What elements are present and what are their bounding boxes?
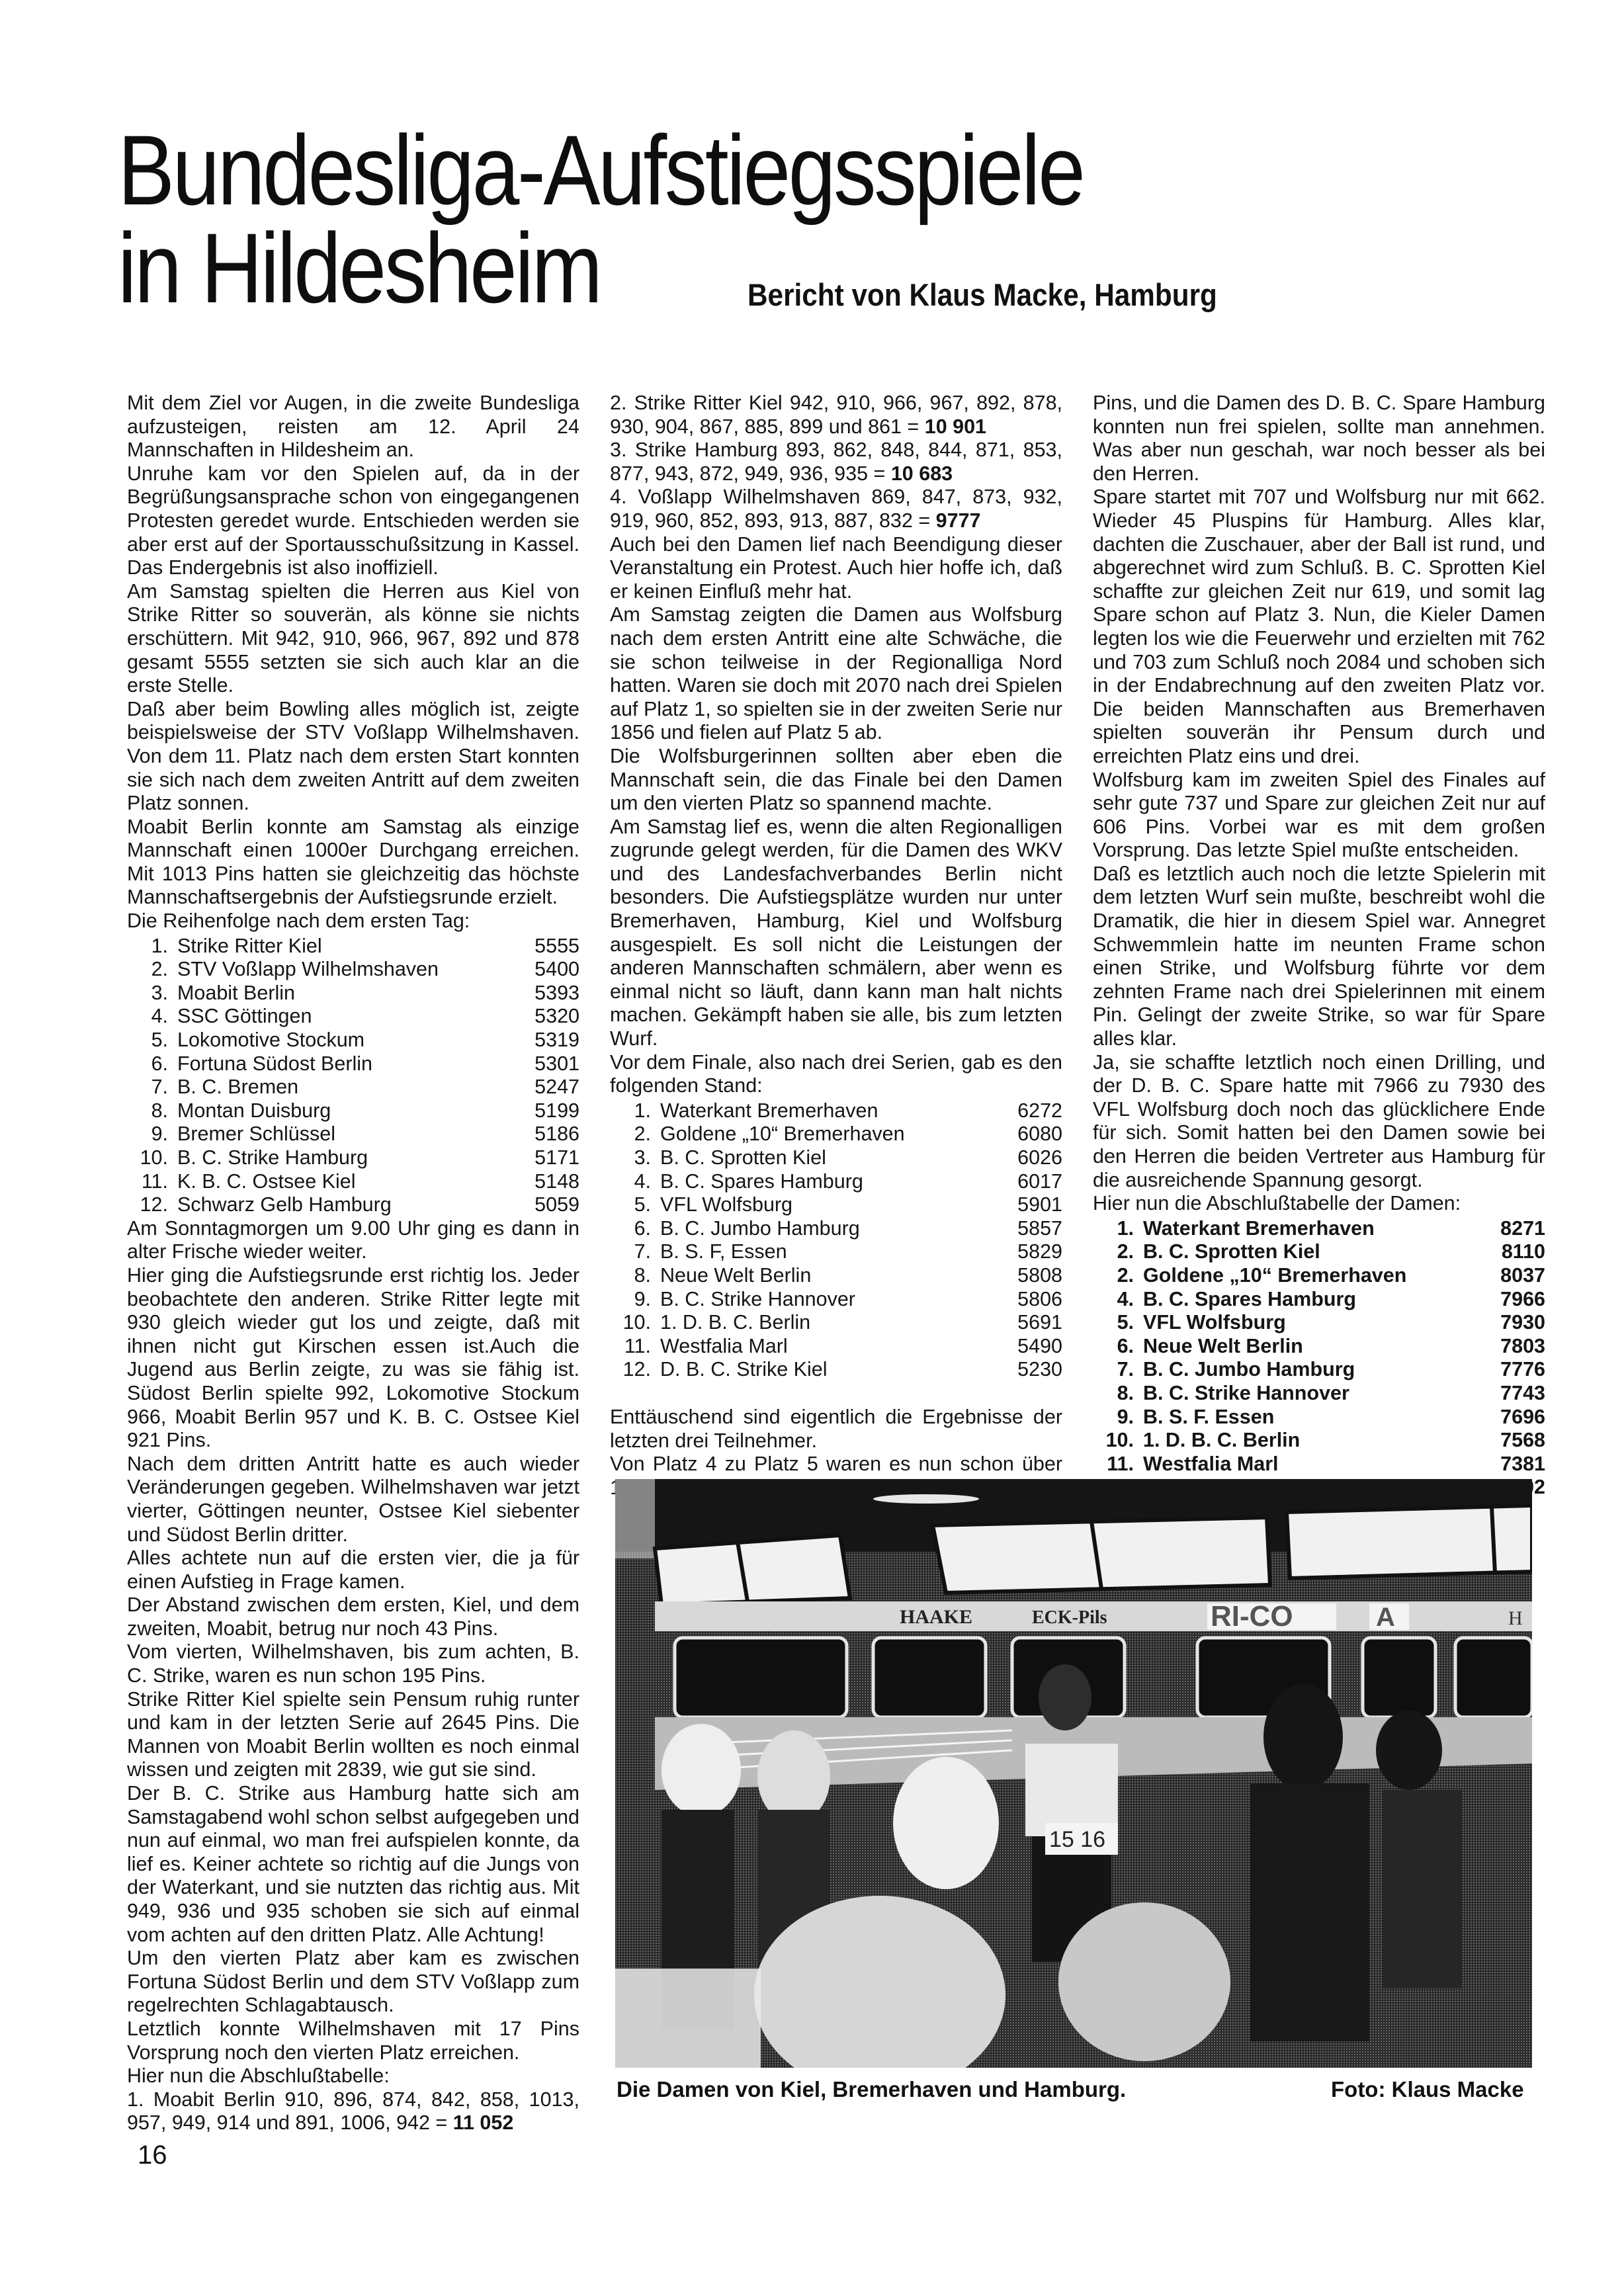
paragraph: Unruhe kam vor den Spielen auf, da in de…	[127, 462, 579, 580]
table-row: 8.B. C. Strike Hannover7743	[1093, 1382, 1545, 1406]
paragraph: Spare startet mit 707 und Wolfsburg nur …	[1093, 486, 1545, 768]
team-cell: Lokomotive Stockum	[177, 1029, 521, 1052]
rank-cell: 5.	[127, 1029, 177, 1052]
pins-cell: 5857	[1000, 1217, 1062, 1241]
paragraph: Alles achtete nun auf die ersten vier, d…	[127, 1547, 579, 1593]
team-cell: Montan Duisburg	[177, 1099, 521, 1123]
rank-cell: 3.	[610, 1146, 660, 1170]
team-cell: K. B. C. Ostsee Kiel	[177, 1170, 521, 1194]
rank-cell: 2.	[610, 1123, 660, 1146]
rank-cell: 7.	[1093, 1358, 1143, 1382]
pins-cell: 5320	[521, 1005, 579, 1029]
rank-cell: 3.	[127, 982, 177, 1005]
table-row: 1.Waterkant Bremerhaven8271	[1093, 1217, 1545, 1241]
result-total: 11 052	[453, 2111, 514, 2134]
team-cell: STV Voßlapp Wilhelmshaven	[177, 958, 521, 982]
result-total: 9777	[936, 509, 981, 532]
rank-cell: 2.	[1093, 1264, 1143, 1288]
paragraph: Daß aber beim Bowling alles möglich ist,…	[127, 698, 579, 816]
paragraph: Am Samstag lief es, wenn die alten Regio…	[610, 816, 1062, 1051]
pins-cell: 7930	[1487, 1311, 1546, 1335]
table-row: 2.Goldene „10“ Bremerhaven8037	[1093, 1264, 1545, 1288]
pins-cell: 5393	[521, 982, 579, 1005]
rank-cell: 9.	[1093, 1406, 1143, 1429]
svg-text:HAAKE: HAAKE	[900, 1606, 972, 1628]
rank-cell: 10.	[1093, 1429, 1143, 1453]
table-row: 5.Lokomotive Stockum5319	[127, 1029, 579, 1052]
table-row: 10.1. D. B. C. Berlin7568	[1093, 1429, 1545, 1453]
pins-cell: 7568	[1487, 1429, 1546, 1453]
paragraph: Am Samstag zeigten die Damen aus Wolfsbu…	[610, 603, 1062, 745]
pins-cell: 5806	[1000, 1288, 1062, 1312]
rank-cell: 1.	[610, 1099, 660, 1123]
paragraph: Hier nun die Abschlußtabelle der Damen:	[1093, 1192, 1545, 1216]
paragraph: Am Sonntagmorgen um 9.00 Uhr ging es dan…	[127, 1217, 579, 1264]
pins-cell: 5490	[1000, 1335, 1062, 1359]
table-row: 1.Strike Ritter Kiel5555	[127, 935, 579, 958]
table-row: 12.Schwarz Gelb Hamburg5059	[127, 1193, 579, 1217]
pins-cell: 5829	[1000, 1240, 1062, 1264]
table-row: 1.Waterkant Bremerhaven6272	[610, 1099, 1062, 1123]
rank-cell: 10.	[127, 1146, 177, 1170]
svg-text:A: A	[1376, 1603, 1395, 1632]
pins-cell: 5199	[521, 1099, 579, 1123]
rank-cell: 4.	[1093, 1288, 1143, 1312]
pins-cell: 7803	[1487, 1335, 1546, 1359]
table-row: 11.Westfalia Marl7381	[1093, 1453, 1545, 1476]
team-cell: Waterkant Bremerhaven	[660, 1099, 1000, 1123]
table-row: 7.B. C. Bremen5247	[127, 1076, 579, 1099]
team-cell: Waterkant Bremerhaven	[1143, 1217, 1487, 1241]
team-cell: Westfalia Marl	[660, 1335, 1000, 1359]
left-column: Mit dem Ziel vor Augen, in die zweite Bu…	[127, 392, 579, 2135]
pins-cell: 5319	[521, 1029, 579, 1052]
pins-cell: 5171	[521, 1146, 579, 1170]
table-row: 7.B. S. F, Essen5829	[610, 1240, 1062, 1264]
team-cell: Schwarz Gelb Hamburg	[177, 1193, 521, 1217]
team-cell: B. C. Strike Hamburg	[177, 1146, 521, 1170]
result-total: 10 683	[891, 462, 953, 485]
rank-cell: 10.	[610, 1311, 660, 1335]
pins-cell: 5400	[521, 958, 579, 982]
table-row: 6.Neue Welt Berlin7803	[1093, 1335, 1545, 1359]
paragraph: Auch bei den Damen lief nach Beendigung …	[610, 533, 1062, 604]
team-cell: VFL Wolfsburg	[660, 1193, 1000, 1217]
pins-cell: 8037	[1487, 1264, 1546, 1288]
team-cell: B. C. Sprotten Kiel	[660, 1146, 1000, 1170]
rank-cell: 1.	[1093, 1217, 1143, 1241]
pins-cell: 7381	[1487, 1453, 1546, 1476]
paragraph: Pins, und die Damen des D. B. C. Spare H…	[1093, 392, 1545, 486]
team-cell: B. C. Spares Hamburg	[660, 1170, 1000, 1194]
final-result-men-3: 3. Strike Hamburg 893, 862, 848, 844, 87…	[610, 439, 1062, 486]
table-row: 8.Neue Welt Berlin5808	[610, 1264, 1062, 1288]
paragraph: Enttäuschend sind eigentlich die Ergebni…	[610, 1406, 1062, 1453]
result-text: 4. Voßlapp Wilhelmshaven 869, 847, 873, …	[610, 486, 1062, 532]
table-row: 4.B. C. Spares Hamburg6017	[610, 1170, 1062, 1194]
rank-cell: 5.	[610, 1193, 660, 1217]
paragraph: Nach dem dritten Antritt hatte es auch w…	[127, 1453, 579, 1547]
rank-cell: 8.	[127, 1099, 177, 1123]
rank-cell: 5.	[1093, 1311, 1143, 1335]
photo-caption: Die Damen von Kiel, Bremerhaven und Hamb…	[617, 2077, 1126, 2102]
rank-cell: 11.	[127, 1170, 177, 1194]
table-row: 2.STV Voßlapp Wilhelmshaven5400	[127, 958, 579, 982]
team-cell: D. B. C. Strike Kiel	[660, 1358, 1000, 1382]
result-text: 2. Strike Ritter Kiel 942, 910, 966, 967…	[610, 392, 1062, 438]
headline-line-2: in Hildesheim	[118, 218, 601, 318]
rank-cell: 7.	[127, 1076, 177, 1099]
table-row: 5.VFL Wolfsburg5901	[610, 1193, 1062, 1217]
team-cell: 1. D. B. C. Berlin	[1143, 1429, 1487, 1453]
pins-cell: 6080	[1000, 1123, 1062, 1146]
table-row: 12.D. B. C. Strike Kiel5230	[610, 1358, 1062, 1382]
team-cell: B. S. F. Essen	[1143, 1406, 1487, 1429]
paragraph: Strike Ritter Kiel spielte sein Pensum r…	[127, 1688, 579, 1782]
team-cell: Bremer Schlüssel	[177, 1123, 521, 1146]
pins-cell: 5301	[521, 1052, 579, 1076]
table-row: 6.Fortuna Südost Berlin5301	[127, 1052, 579, 1076]
rank-cell: 1.	[127, 935, 177, 958]
team-cell: Neue Welt Berlin	[1143, 1335, 1487, 1359]
team-cell: SSC Göttingen	[177, 1005, 521, 1029]
table-row: 9.B. S. F. Essen7696	[1093, 1406, 1545, 1429]
paragraph: Letztlich konnte Wilhelmshaven mit 17 Pi…	[127, 2017, 579, 2064]
pins-cell: 7743	[1487, 1382, 1546, 1406]
table-row: 8.Montan Duisburg5199	[127, 1099, 579, 1123]
paragraph: Wolfsburg kam im zweiten Spiel des Final…	[1093, 769, 1545, 863]
table-body: 1.Waterkant Bremerhaven82712.B. C. Sprot…	[1093, 1217, 1545, 1500]
rank-cell: 4.	[127, 1005, 177, 1029]
rank-cell: 11.	[1093, 1453, 1143, 1476]
rank-cell: 9.	[127, 1123, 177, 1146]
table-body: 1.Strike Ritter Kiel55552.STV Voßlapp Wi…	[127, 935, 579, 1217]
table-body: 1.Waterkant Bremerhaven62722.Goldene „10…	[610, 1099, 1062, 1382]
table-row: 3.B. C. Sprotten Kiel6026	[610, 1146, 1062, 1170]
team-cell: B. C. Bremen	[177, 1076, 521, 1099]
paragraph: Am Samstag spielten die Herren aus Kiel …	[127, 580, 579, 698]
result-text: 3. Strike Hamburg 893, 862, 848, 844, 87…	[610, 439, 1062, 485]
rank-cell: 8.	[610, 1264, 660, 1288]
table-row: 9.B. C. Strike Hannover5806	[610, 1288, 1062, 1312]
pins-cell: 5247	[521, 1076, 579, 1099]
rank-cell: 6.	[610, 1217, 660, 1241]
byline: Bericht von Klaus Macke, Hamburg	[748, 276, 1217, 313]
svg-text:H: H	[1508, 1607, 1523, 1629]
headline-line-1: Bundesliga-Aufstiegsspiele	[118, 120, 1084, 220]
paragraph: Ja, sie schaffte letztlich noch einen Dr…	[1093, 1051, 1545, 1193]
paragraph: Der Abstand zwischen dem ersten, Kiel, u…	[127, 1593, 579, 1640]
team-cell: B. C. Strike Hannover	[660, 1288, 1000, 1312]
pins-cell: 5691	[1000, 1311, 1062, 1335]
photo-credit: Foto: Klaus Macke	[1331, 2077, 1524, 2102]
pre-final-standings-table: 1.Waterkant Bremerhaven62722.Goldene „10…	[610, 1099, 1062, 1382]
pins-cell: 7966	[1487, 1288, 1546, 1312]
table-row: 3.Moabit Berlin5393	[127, 982, 579, 1005]
rank-cell: 2.	[1093, 1240, 1143, 1264]
rank-cell: 4.	[610, 1170, 660, 1194]
bowling-alley-photo: HAAKE ECK-Pils RI-CO A H	[615, 1479, 1532, 2068]
team-cell: Westfalia Marl	[1143, 1453, 1487, 1476]
paragraph: Vom vierten, Wilhelmshaven, bis zum acht…	[127, 1640, 579, 1687]
team-cell: B. C. Strike Hannover	[1143, 1382, 1487, 1406]
paragraph: Hier ging die Aufstiegsrunde erst richti…	[127, 1264, 579, 1453]
team-cell: B. C. Jumbo Hamburg	[1143, 1358, 1487, 1382]
team-cell: B. C. Jumbo Hamburg	[660, 1217, 1000, 1241]
paragraph: Um den vierten Platz aber kam es zwische…	[127, 1947, 579, 2017]
spacer	[610, 1382, 1062, 1406]
pins-cell: 5148	[521, 1170, 579, 1194]
middle-column: 2. Strike Ritter Kiel 942, 910, 966, 967…	[610, 392, 1062, 1500]
pins-cell: 5901	[1000, 1193, 1062, 1217]
table-row: 11.K. B. C. Ostsee Kiel5148	[127, 1170, 579, 1194]
team-cell: B. C. Spares Hamburg	[1143, 1288, 1487, 1312]
team-cell: B. C. Sprotten Kiel	[1143, 1240, 1487, 1264]
team-cell: Neue Welt Berlin	[660, 1264, 1000, 1288]
table-row: 9.Bremer Schlüssel5186	[127, 1123, 579, 1146]
rank-cell: 6.	[1093, 1335, 1143, 1359]
table-row: 6.B. C. Jumbo Hamburg5857	[610, 1217, 1062, 1241]
rank-cell: 6.	[127, 1052, 177, 1076]
result-total: 10 901	[925, 415, 986, 438]
table-row: 2.B. C. Sprotten Kiel8110	[1093, 1240, 1545, 1264]
pins-cell: 6026	[1000, 1146, 1062, 1170]
paragraph: Vor dem Finale, also nach drei Serien, g…	[610, 1051, 1062, 1098]
table-row: 5.VFL Wolfsburg7930	[1093, 1311, 1545, 1335]
pins-cell: 5230	[1000, 1358, 1062, 1382]
team-cell: Goldene „10“ Bremerhaven	[660, 1123, 1000, 1146]
table-row: 2.Goldene „10“ Bremerhaven6080	[610, 1123, 1062, 1146]
svg-text:15 16: 15 16	[1049, 1827, 1105, 1852]
paragraph: Moabit Berlin konnte am Samstag als einz…	[127, 816, 579, 910]
rank-cell: 8.	[1093, 1382, 1143, 1406]
pins-cell: 5808	[1000, 1264, 1062, 1288]
team-cell: Moabit Berlin	[177, 982, 521, 1005]
paragraph: Mit dem Ziel vor Augen, in die zweite Bu…	[127, 392, 579, 462]
team-cell: 1. D. B. C. Berlin	[660, 1311, 1000, 1335]
team-cell: Strike Ritter Kiel	[177, 935, 521, 958]
rank-cell: 12.	[127, 1193, 177, 1217]
rank-cell: 7.	[610, 1240, 660, 1264]
pins-cell: 8271	[1487, 1217, 1546, 1241]
first-day-standings-table: 1.Strike Ritter Kiel55552.STV Voßlapp Wi…	[127, 935, 579, 1217]
final-women-standings-table: 1.Waterkant Bremerhaven82712.B. C. Sprot…	[1093, 1217, 1545, 1500]
paragraph: Die Reihenfolge nach dem ersten Tag:	[127, 910, 579, 933]
rank-cell: 9.	[610, 1288, 660, 1312]
pins-cell: 7696	[1487, 1406, 1546, 1429]
final-result-men-2: 2. Strike Ritter Kiel 942, 910, 966, 967…	[610, 392, 1062, 439]
pins-cell: 6017	[1000, 1170, 1062, 1194]
rank-cell: 12.	[610, 1358, 660, 1382]
team-cell: Goldene „10“ Bremerhaven	[1143, 1264, 1487, 1288]
svg-text:ECK-Pils: ECK-Pils	[1032, 1607, 1107, 1628]
paragraph: Hier nun die Abschlußtabelle:	[127, 2064, 579, 2088]
pins-cell: 8110	[1487, 1240, 1546, 1264]
pins-cell: 7776	[1487, 1358, 1546, 1382]
table-row: 7.B. C. Jumbo Hamburg7776	[1093, 1358, 1545, 1382]
paragraph: Der B. C. Strike aus Hamburg hatte sich …	[127, 1782, 579, 1947]
photo-illustration: HAAKE ECK-Pils RI-CO A H	[615, 1479, 1532, 2068]
page-number: 16	[138, 2141, 167, 2170]
final-result-men-4: 4. Voßlapp Wilhelmshaven 869, 847, 873, …	[610, 486, 1062, 532]
rank-cell: 11.	[610, 1335, 660, 1359]
right-column: Pins, und die Damen des D. B. C. Spare H…	[1093, 392, 1545, 1500]
paragraph: Die Wolfsburgerinnen sollten aber eben d…	[610, 745, 1062, 816]
table-row: 4.SSC Göttingen5320	[127, 1005, 579, 1029]
team-cell: B. S. F, Essen	[660, 1240, 1000, 1264]
pins-cell: 5555	[521, 935, 579, 958]
rank-cell: 2.	[127, 958, 177, 982]
pins-cell: 5186	[521, 1123, 579, 1146]
svg-text:RI-CO: RI-CO	[1211, 1600, 1293, 1633]
table-row: 10.1. D. B. C. Berlin5691	[610, 1311, 1062, 1335]
final-result-men-1: 1. Moabit Berlin 910, 896, 874, 842, 858…	[127, 2088, 579, 2135]
team-cell: Fortuna Südost Berlin	[177, 1052, 521, 1076]
table-row: 4.B. C. Spares Hamburg7966	[1093, 1288, 1545, 1312]
pins-cell: 5059	[521, 1193, 579, 1217]
pins-cell: 6272	[1000, 1099, 1062, 1123]
table-row: 10.B. C. Strike Hamburg5171	[127, 1146, 579, 1170]
table-row: 11.Westfalia Marl5490	[610, 1335, 1062, 1359]
paragraph: Daß es letztlich auch noch die letzte Sp…	[1093, 863, 1545, 1051]
team-cell: VFL Wolfsburg	[1143, 1311, 1487, 1335]
